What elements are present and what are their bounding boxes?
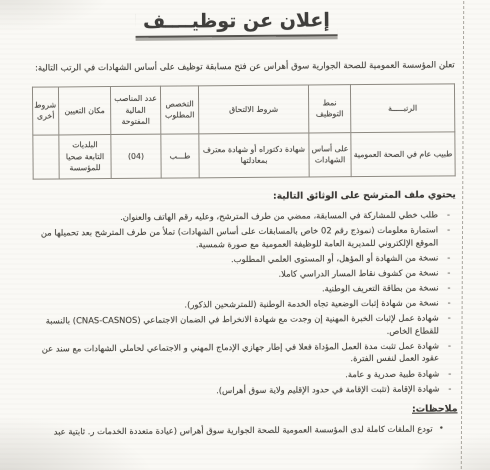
documents-list: طلب خطي للمشاركة في المسابقة، ممضي من طر… [30, 208, 451, 398]
list-item: نسخة من الشهادة أو المؤهل، أو المستوى ال… [30, 251, 450, 267]
cell-positions: (04) [111, 134, 161, 178]
header-hiring-mode: نمط التوظيف [308, 85, 350, 133]
header-specialty: التخصص المطلوب [160, 86, 198, 134]
notes-list: تودع الملفات كاملة لدى المؤسسة العمومية … [28, 423, 444, 439]
page-title: إعلان عن توظيــــف [135, 9, 338, 38]
scanned-document: إعلان عن توظيــــف تعلن المؤسسة العمومية… [0, 0, 490, 470]
list-item: طلب خطي للمشاركة في المسابقة، ممضي من طر… [30, 208, 450, 224]
cell-hiring-mode: على أساس الشهادات [309, 133, 351, 177]
cell-other [33, 135, 59, 179]
notes-heading: ملاحظات: [21, 404, 457, 418]
list-item: نسخة من شهادة إثبات الوضعية تجاه الخدمة … [31, 296, 451, 312]
list-item: شهادة عمل تثبت مدة العمل المؤداة فعلا في… [31, 339, 451, 368]
header-rank: الرتبـــــة [350, 84, 454, 133]
list-item: نسخة من كشوف نقاط المسار الدراسي كاملا. [30, 266, 450, 282]
table-row: طبيب عام في الصحة العمومية على أساس الشه… [33, 132, 455, 179]
list-item: شهادة الإقامة (تثبت الإقامة في حدود الإق… [31, 382, 451, 398]
list-item: استمارة معلومات (نموذج رقم 02 خاص بالمسا… [30, 223, 450, 252]
table-header-row: الرتبـــــة نمط التوظيف شروط الالتحاق ال… [32, 84, 454, 135]
list-item: نسخة من بطاقة التعريف الوطنية. [31, 281, 451, 297]
list-item: شهادة طبية صدرية و عامة. [31, 367, 451, 383]
document-content: إعلان عن توظيــــف تعلن المؤسسة العمومية… [0, 0, 490, 439]
vacancy-table: الرتبـــــة نمط التوظيف شروط الالتحاق ال… [32, 83, 456, 179]
cell-specialty: طـــب [161, 134, 199, 178]
list-item: شهادة عمل لإثبات الخبرة المهنية إن وجدت … [31, 312, 451, 341]
documents-heading: يحتوي ملف المترشح على الوثائق التالية: [20, 189, 456, 203]
title-wrap: إعلان عن توظيــــف [18, 8, 454, 38]
intro-text: تعلن المؤسسة العمومية للصحة الجوارية سوق… [19, 59, 455, 75]
header-other: شروط أخرى [32, 87, 58, 135]
cell-location: البلديات التابعة صحيا للمؤسسة [59, 134, 111, 178]
cell-conditions: شهادة دكتوراه أو شهادة معترف بمعادلتها [199, 133, 309, 178]
cell-rank: طبيب عام في الصحة العمومية [351, 132, 455, 177]
header-location: مكان التعيين [58, 86, 110, 134]
note-item: تودع الملفات كاملة لدى المؤسسة العمومية … [28, 423, 444, 439]
header-positions: عدد المناصب المالية المفتوحة [110, 86, 160, 134]
header-conditions: شروط الالتحاق [198, 85, 308, 134]
